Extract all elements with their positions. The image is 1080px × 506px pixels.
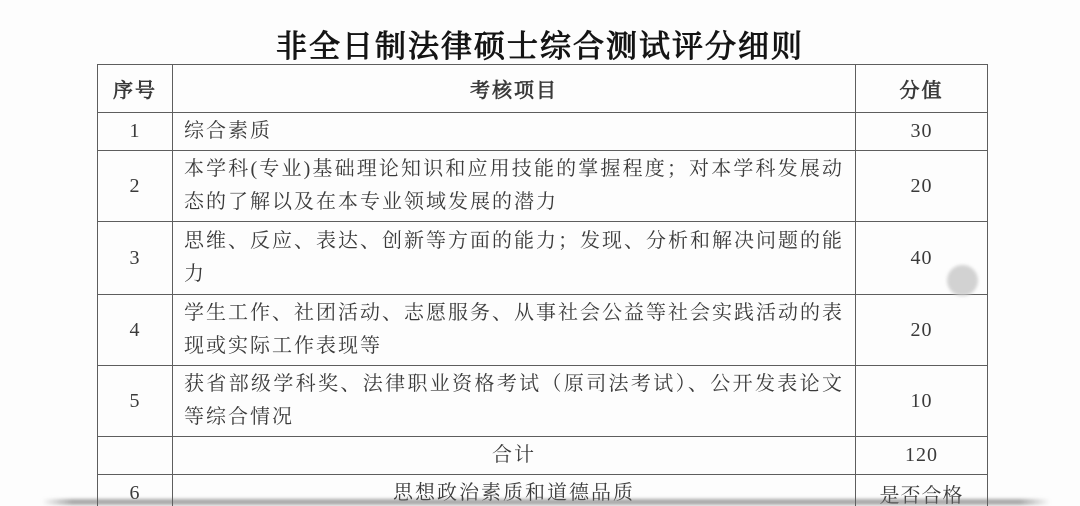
table-header-row: 序号 考核项目 分值 [98, 65, 988, 113]
table-row: 5 获省部级学科奖、法律职业资格考试（原司法考试）、公开发表论文等综合情况 10 [98, 366, 988, 437]
row-no-cell: 4 [98, 295, 173, 366]
document-page: 非全日制法律硕士综合测试评分细则 序号 考核项目 分值 1 综合素质 30 2 … [0, 0, 1080, 506]
table-row: 4 学生工作、社团活动、志愿服务、从事社会公益等社会实践活动的表现或实际工作表现… [98, 295, 988, 366]
row-item-cell: 获省部级学科奖、法律职业资格考试（原司法考试）、公开发表论文等综合情况 [173, 366, 856, 437]
header-cell-score: 分值 [856, 65, 988, 113]
row-no-cell: 1 [98, 113, 173, 151]
header-cell-item: 考核项目 [173, 65, 856, 113]
page-title: 非全日制法律硕士综合测试评分细则 [0, 21, 1080, 66]
row-item-cell: 学生工作、社团活动、志愿服务、从事社会公益等社会实践活动的表现或实际工作表现等 [173, 295, 856, 366]
total-score-cell: 120 [856, 437, 988, 475]
row-score-cell: 20 [856, 151, 988, 222]
row-no-cell: 3 [98, 222, 173, 295]
row-score-cell: 10 [856, 366, 988, 437]
scoring-table: 序号 考核项目 分值 1 综合素质 30 2 本学科(专业)基础理论知识和应用技… [97, 64, 988, 506]
table-row: 2 本学科(专业)基础理论知识和应用技能的掌握程度；对本学科发展动态的了解以及在… [98, 151, 988, 222]
row-item-cell: 本学科(专业)基础理论知识和应用技能的掌握程度；对本学科发展动态的了解以及在本专… [173, 151, 856, 222]
table-row: 1 综合素质 30 [98, 113, 988, 151]
row-no-cell [98, 437, 173, 475]
header-cell-no: 序号 [98, 65, 173, 113]
table-total-row: 合计 120 [98, 437, 988, 475]
row-score-cell: 30 [856, 113, 988, 151]
row-item-cell: 思维、反应、表达、创新等方面的能力；发现、分析和解决问题的能力 [173, 222, 856, 295]
row-no-cell: 5 [98, 366, 173, 437]
row-no-cell: 2 [98, 151, 173, 222]
watermark-dot [947, 265, 978, 296]
row-score-cell: 20 [856, 295, 988, 366]
total-label-cell: 合计 [173, 437, 856, 475]
bottom-edge-shadow [42, 499, 1050, 505]
row-item-cell: 综合素质 [173, 113, 856, 151]
table-row: 3 思维、反应、表达、创新等方面的能力；发现、分析和解决问题的能力 40 [98, 222, 988, 295]
